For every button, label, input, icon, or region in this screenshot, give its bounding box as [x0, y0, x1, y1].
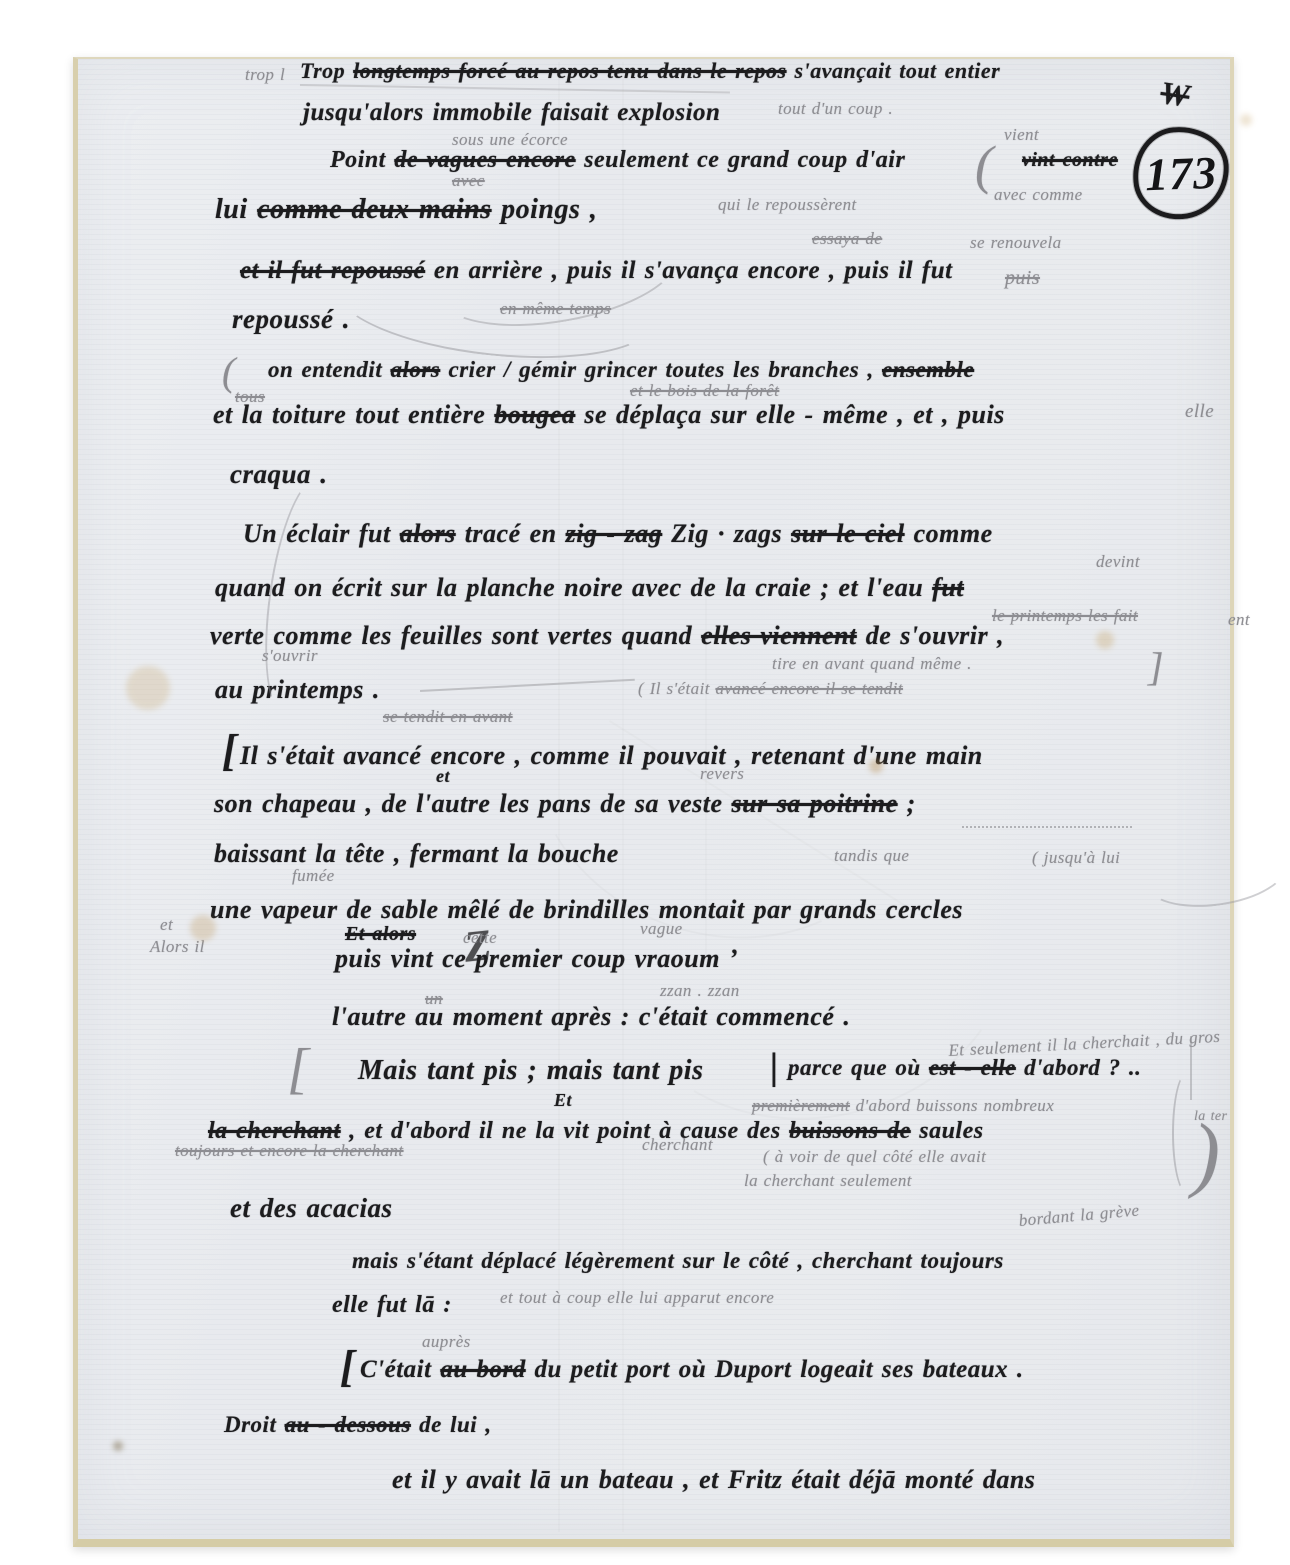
- annotation-layer: trop lTrop longtemps forcé au repos tenu…: [0, 0, 1290, 1565]
- ink-text-line: [: [340, 1345, 355, 1389]
- ink-text-line: C'était au bord du petit port où Duport …: [360, 1357, 1024, 1382]
- ink-text-line: mais s'étant déplacé légèrement sur le c…: [352, 1249, 1004, 1272]
- pencil-annotation: le printemps les fait: [992, 607, 1138, 624]
- pencil-stroke: [1172, 1072, 1202, 1194]
- ink-text-line: Point de vagues encore seulement ce gran…: [330, 148, 905, 172]
- manuscript-scan: trop lTrop longtemps forcé au repos tenu…: [0, 0, 1290, 1565]
- pencil-annotation: avec: [452, 172, 485, 189]
- ink-text-line: Et: [554, 1091, 572, 1109]
- ink-text-line: lui comme deux mains poings ,: [215, 196, 597, 224]
- pencil-annotation: qui le repoussèrent: [718, 196, 857, 213]
- paper-stain: [190, 915, 216, 941]
- ink-text-line: Trop longtemps forcé au repos tenu dans …: [300, 60, 1000, 82]
- paper-stain: [869, 759, 883, 773]
- ink-text-line: W: [1159, 76, 1192, 112]
- ink-text-line: elle fut lā :: [332, 1293, 452, 1317]
- pencil-annotation: toujours et encore la cherchant: [175, 1142, 404, 1159]
- pencil-annotation: fumée: [292, 867, 335, 884]
- ink-text-line: Droit au - dessous de lui ,: [224, 1413, 492, 1436]
- pencil-annotation: auprès: [422, 1333, 471, 1350]
- pencil-annotation: se tendit en avant: [383, 708, 513, 725]
- pencil-stroke: [962, 826, 1132, 828]
- pencil-annotation: et: [160, 916, 173, 933]
- paper-stain: [1096, 631, 1114, 649]
- ink-text-line: vint contre: [1022, 150, 1118, 170]
- pencil-stroke: [1140, 832, 1290, 915]
- pencil-annotation: [: [287, 1041, 309, 1097]
- ink-text-line: Mais tant pis ; mais tant pis: [358, 1057, 703, 1085]
- ink-text-line: et des acacias: [230, 1195, 392, 1222]
- ink-text-line: jusqu'alors immobile faisait explosion: [303, 100, 720, 125]
- pencil-annotation: elle: [1185, 402, 1214, 421]
- paper-stain: [1240, 114, 1252, 126]
- pencil-annotation: ( jusqu'à lui: [1032, 849, 1120, 866]
- pencil-annotation: sous une écorce: [452, 131, 568, 148]
- pencil-annotation: cherchant: [642, 1136, 713, 1153]
- pencil-annotation: Alors il: [150, 938, 205, 955]
- pencil-annotation: ]: [1148, 647, 1164, 687]
- pencil-annotation: ent: [1228, 611, 1250, 628]
- ink-text-line: et la toiture tout entière bougea se dép…: [213, 402, 1005, 428]
- pencil-annotation: et le bois de la forêt: [630, 382, 779, 399]
- paper-stain: [113, 1441, 123, 1451]
- pencil-annotation: trop l: [245, 66, 285, 83]
- ink-text-line: Un éclair fut alors tracé en zig - zag Z…: [243, 521, 993, 547]
- pencil-annotation: et tout à coup elle lui apparut encore: [500, 1289, 774, 1306]
- pencil-annotation: (: [222, 352, 236, 392]
- ink-text-line: et: [436, 767, 450, 785]
- pencil-annotation: essaya de: [812, 230, 882, 247]
- pencil-annotation: devint: [1096, 553, 1140, 570]
- pencil-annotation: tout d'un coup .: [778, 100, 893, 117]
- pencil-stroke: [705, 580, 707, 960]
- paper-stain: [126, 666, 170, 710]
- page-number: 173: [1144, 145, 1218, 200]
- pencil-annotation: ( à voir de quel côté elle avait: [763, 1148, 986, 1165]
- ink-text-line: la cherchant , et d'abord il ne la vit p…: [208, 1119, 984, 1143]
- pencil-annotation: vient: [1004, 126, 1039, 143]
- ink-text-line: et il y avait lā un bateau , et Fritz ét…: [392, 1467, 1035, 1493]
- pencil-annotation: la cherchant seulement: [744, 1172, 912, 1189]
- ink-text-line: repoussé .: [232, 306, 350, 333]
- ink-text-line: [: [222, 729, 237, 773]
- pencil-annotation: (: [975, 138, 993, 192]
- pencil-annotation: avec comme: [994, 186, 1083, 203]
- pencil-stroke: [300, 84, 730, 94]
- pencil-annotation: puis: [1005, 268, 1040, 288]
- ink-text-line: Et alors: [345, 924, 416, 944]
- pencil-annotation: bordant la grève: [1018, 1201, 1140, 1228]
- pencil-annotation: se renouvela: [970, 234, 1062, 251]
